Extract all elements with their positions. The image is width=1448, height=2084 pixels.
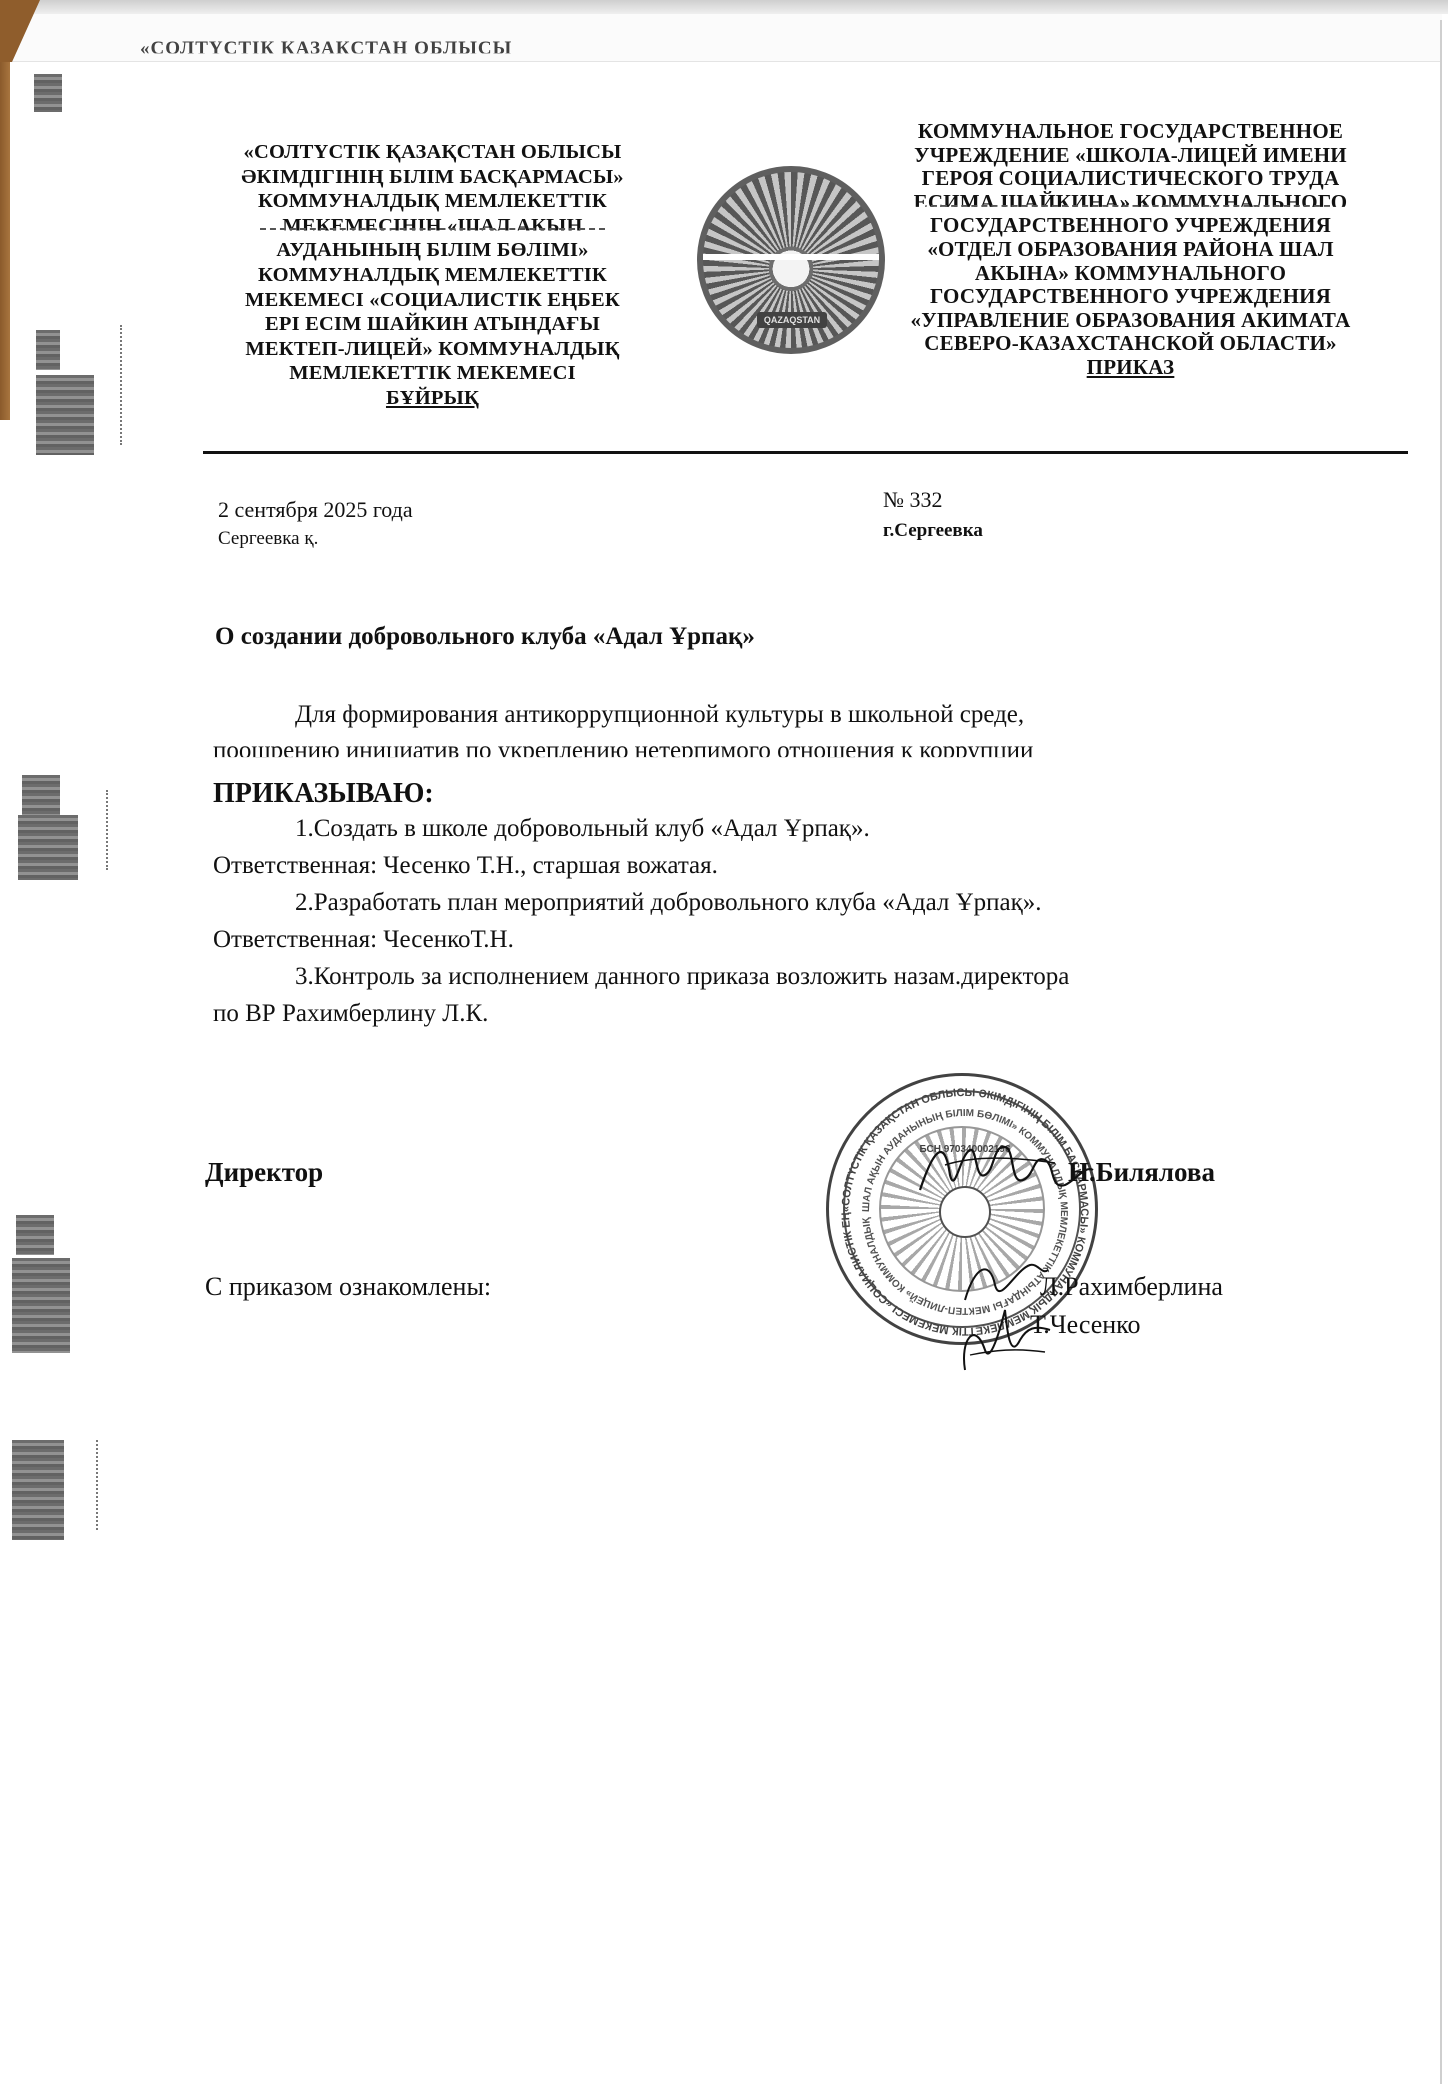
acknowledged-name: Л.Рахимберлина <box>1040 1272 1223 1302</box>
header-kk-line: ӘКІМДІГІНІҢ БІЛІМ БАСҚАРМАСЫ» <box>205 165 660 190</box>
header-kk-line: ЕРІ ЕСІМ ШАЙКИН АТЫНДАҒЫ <box>205 312 660 337</box>
header-ru-line: СЕВЕРО-КАЗАХСТАНСКОЙ ОБЛАСТИ» <box>868 332 1393 356</box>
header-ru-line: ГОСУДАРСТВЕННОГО УЧРЕЖДЕНИЯ <box>868 285 1393 309</box>
header-ru-line: ГЕРОЯ СОЦИАЛИСТИЧЕСКОГО ТРУДА <box>868 167 1393 191</box>
header-ru-line: ГОСУДАРСТВЕННОГО УЧРЕЖДЕНИЯ <box>868 214 1393 238</box>
acknowledged-label: С приказом ознакомлены: <box>205 1272 491 1302</box>
binder-dots <box>106 790 108 870</box>
binder-dots <box>96 1440 98 1530</box>
scan-left-edge <box>0 0 10 420</box>
header-kk-line: КОММУНАЛДЫҚ МЕМЛЕКЕТТІК <box>205 189 660 214</box>
order-item-2: 2.Разработать план мероприятий доброволь… <box>295 889 1042 917</box>
order-item-2-responsible: Ответственная: ЧесенкоТ.Н. <box>213 926 514 954</box>
order-item-1: 1.Создать в школе добровольный клуб «Ада… <box>295 815 870 843</box>
header-kk-line: МЕКТЕП-ЛИЦЕЙ» КОММУНАЛДЫҚ <box>205 337 660 362</box>
header-kk-line: КОММУНАЛДЫҚ МЕМЛЕКЕТТІК <box>205 263 660 288</box>
order-date: 2 сентября 2025 года <box>218 497 413 523</box>
ack-signature-2-icon <box>955 1300 1055 1375</box>
binder-hole-artifact <box>16 1215 54 1255</box>
header-kk-line: «СОЛТҮСТІК ҚАЗАҚСТАН ОБЛЫСЫ <box>205 140 660 165</box>
scan-top-edge <box>0 0 1448 14</box>
header-kazakh-block: «СОЛТҮСТІК ҚАЗАҚСТАН ОБЛЫСЫ ӘКІМДІГІНІҢ … <box>205 140 660 411</box>
binder-hole-artifact <box>18 815 78 880</box>
header-kk-line: МЕКЕМЕСІ «СОЦИАЛИСТІК ЕҢБЕК <box>205 288 660 313</box>
binder-hole-artifact <box>12 1440 64 1540</box>
order-title: О создании добровольного клуба «Адал Ұрп… <box>215 623 755 651</box>
header-divider <box>203 451 1408 454</box>
header-ru-line: АКЫНА» КОММУНАЛЬНОГО <box>868 262 1393 286</box>
binder-dots <box>120 325 122 445</box>
header-ru-line: «УПРАВЛЕНИЕ ОБРАЗОВАНИЯ АКИМАТА <box>868 309 1393 333</box>
kazakhstan-state-emblem-icon: QAZAQSTAN <box>697 166 885 354</box>
place-ru: г.Сергеевка <box>883 520 983 542</box>
order-item-1-responsible: Ответственная: Чесенко Т.Н., старшая вож… <box>213 852 718 880</box>
header-ru-line: «ОТДЕЛ ОБРАЗОВАНИЯ РАЙОНА ШАЛ <box>868 238 1393 262</box>
director-label: Директор <box>205 1157 323 1188</box>
preamble-line: Для формирования антикоррупционной культ… <box>295 701 1024 729</box>
doc-type-kk: БҰЙРЫҚ <box>205 386 660 411</box>
order-directive: ПРИКАЗЫВАЮ: <box>213 778 434 810</box>
header-kk-line-fold: МЕКЕМЕСІНІҢ «ШАЛ АҚЫН <box>205 214 660 239</box>
order-item-3-continuation: по ВР Рахимберлину Л.К. <box>213 1000 488 1028</box>
doc-type-ru: ПРИКАЗ <box>868 356 1393 380</box>
binder-hole-artifact <box>22 775 60 815</box>
header-ru-line: УЧРЕЖДЕНИЕ «ШКОЛА-ЛИЦЕЙ ИМЕНИ <box>868 144 1393 168</box>
director-signature-icon <box>915 1135 1095 1205</box>
emblem-ribbon: QAZAQSTAN <box>757 312 827 328</box>
preamble-line-folded: поощрению инициатив по укреплению нетерп… <box>213 737 1033 765</box>
binder-hole-artifact <box>36 330 60 370</box>
order-number: № 332 <box>883 487 943 513</box>
emblem-fold-band <box>703 254 879 260</box>
binder-hole-artifact <box>12 1258 70 1353</box>
header-ru-line-fold: ЕСИМА ШАЙКИНА» КОММУНАЛЬНОГО <box>868 191 1393 215</box>
header-russian-block: КОММУНАЛЬНОЕ ГОСУДАРСТВЕННОЕ УЧРЕЖДЕНИЕ … <box>868 120 1393 380</box>
place-kk: Сергеевка қ. <box>218 528 318 550</box>
header-ru-line: КОММУНАЛЬНОЕ ГОСУДАРСТВЕННОЕ <box>868 120 1393 144</box>
binder-hole-artifact <box>34 74 62 112</box>
scan-right-edge <box>1440 20 1442 2084</box>
header-kk-line: МЕМЛЕКЕТТІК МЕКЕМЕСІ <box>205 361 660 386</box>
order-item-3: 3.Контроль за исполнением данного приказ… <box>295 963 1069 991</box>
header-kk-line: АУДАНЫНЫҢ БІЛІМ БӨЛІМІ» <box>205 238 660 263</box>
binder-hole-artifact <box>36 375 94 455</box>
